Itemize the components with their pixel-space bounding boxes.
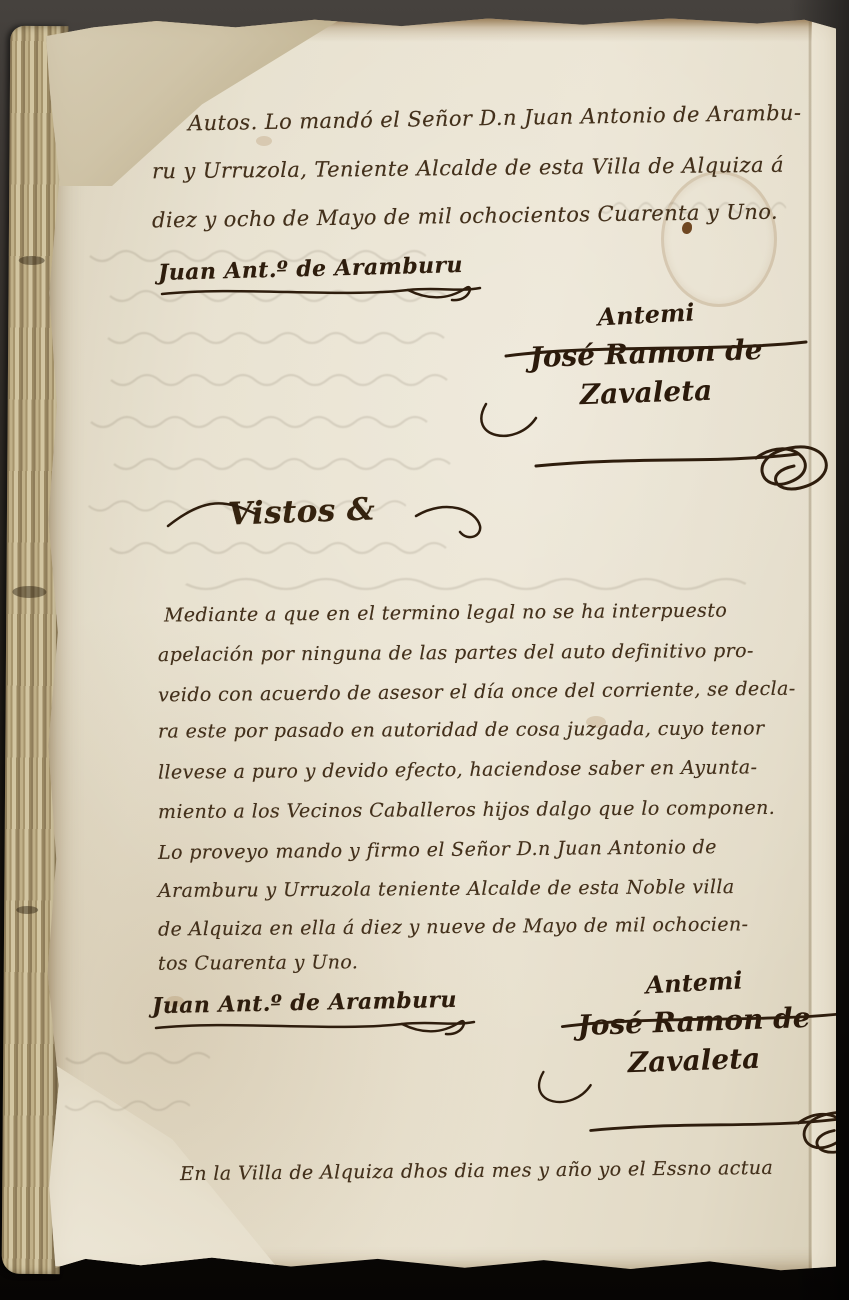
manuscript-line: ra este por pasado en autoridad de cosa … [158,717,765,742]
bleed-through-writing [70,452,470,472]
manuscript-line: miento a los Vecinos Caballeros hijos da… [158,797,775,823]
bleed-through-writing [146,572,746,592]
manuscript-line: de Alquiza en ella á diez y nueve de May… [158,913,749,940]
manuscript-line: ru y Urruzola, Teniente Alcalde de esta … [152,153,784,184]
signature-rubric-flourish [158,284,488,302]
manuscript-line: apelación por ninguna de las partes del … [158,640,754,666]
bleed-through-writing [60,1046,210,1066]
notary-rubric-flourish [476,308,836,498]
ring-stain [661,171,777,307]
manuscript-line: llevese a puro y devido efecto, haciendo… [158,756,758,783]
signature-rubric-flourish [152,1018,482,1036]
bleed-through-writing [72,368,462,388]
bleed-through-writing [64,326,464,346]
edge-nick [12,586,46,598]
closing-line: En la Villa de Alquiza dhos dia mes y añ… [180,1157,773,1185]
manuscript-page: Autos. Lo mandó el Señor D.n Juan Antoni… [46,16,836,1274]
edge-nick [19,256,45,265]
bleed-through-writing [62,410,432,430]
bottom-left-corner-fold [46,1036,276,1266]
manuscript-line: Autos. Lo mandó el Señor D.n Juan Antoni… [188,101,802,136]
notary-rubric-flourish [534,976,849,1166]
edge-nick [16,906,38,914]
manuscript-line: Lo proveyo mando y firmo el Señor D.n Ju… [158,836,717,864]
manuscript-line: Mediante a que en el termino legal no se… [164,600,727,627]
alcalde-signature-second: Juan Ant.º de Aramburu [152,987,457,1019]
vistos-flourish [166,486,486,546]
foxing-spot [256,136,272,146]
bleed-through-writing [60,1094,190,1114]
manuscript-photo: Autos. Lo mandó el Señor D.n Juan Antoni… [0,0,849,1300]
manuscript-line: Aramburu y Urruzola teniente Alcalde de … [158,876,735,902]
manuscript-line: tos Cuarenta y Uno. [158,951,358,974]
manuscript-line: veido con acuerdo de asesor el día once … [158,678,796,707]
